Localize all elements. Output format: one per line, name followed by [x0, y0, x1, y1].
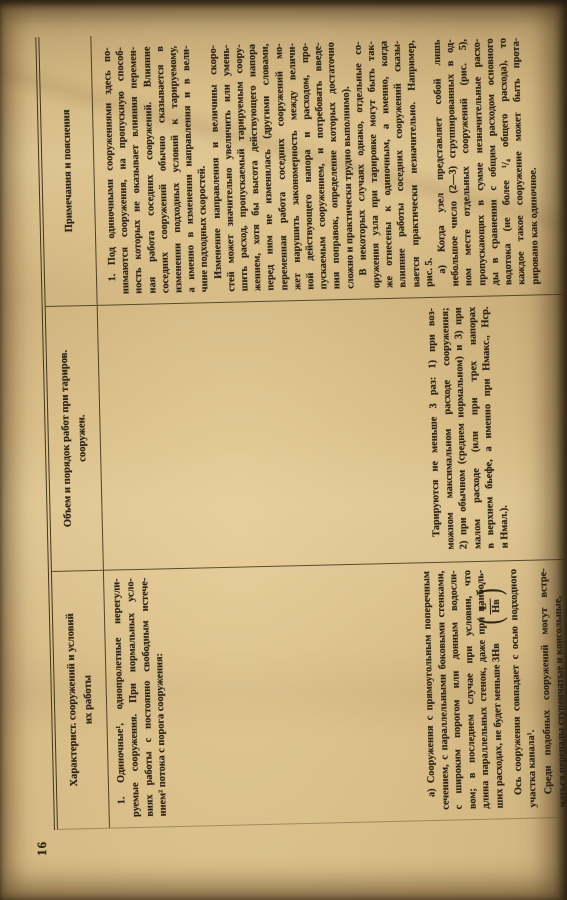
fraction-denominator: Нв [491, 599, 501, 613]
text-line: сооружен. [74, 414, 91, 462]
paragraph-procedure: Тарируются не меньше 3 раз: 1) при воз-м… [425, 306, 512, 550]
text-line: Примечания и пояснения [59, 109, 78, 232]
cell-tariration-procedure: Тарируются не меньше 3 раз: 1) при воз-м… [98, 293, 567, 569]
paragraph-axis-note: Ось сооружения совпадает с осью подходно… [507, 569, 540, 809]
cell-notes-explanations: 1. Под одиночными сооружениями здесь по-… [91, 25, 567, 305]
fraction-stack: L Нв [478, 598, 501, 615]
tariration-table: Характерист. сооружений и условийих рабо… [35, 25, 567, 830]
table-body-row: 1. Одиночные¹, однопролетные нерегули-ру… [91, 25, 567, 828]
paragraph-single-structures: 1. Одиночные¹, однопролетные нерегули-ру… [110, 577, 171, 817]
fraction-period: . [476, 582, 490, 585]
fraction-close-paren: ) [474, 588, 504, 596]
col-header-characteristics: Характерист. сооружений и условийих рабо… [52, 570, 109, 829]
col-header-work-scope: Объем и порядок работ при тариров.сооруж… [46, 305, 103, 571]
text-line: их работы [80, 675, 97, 724]
cell-structure-characteristics: 1. Одиночные¹, однопролетные нерегули-ру… [104, 558, 567, 827]
fraction-numerator: L [478, 603, 488, 610]
page-number: 16 [34, 841, 50, 856]
rotated-scan-wrapper: 16 Характерист. сооружений и условийих р… [0, 0, 567, 900]
col-header-notes: Примечания и пояснения [39, 36, 96, 306]
fraction-open-paren: ( [475, 617, 505, 625]
formula-l-over-hv: ( L Нв ) . [471, 582, 508, 627]
book-page-scan: 16 Характерист. сооружений и условийих р… [0, 0, 567, 900]
paragraph-drops-note: Среди подобных сооружений могут встре-ча… [537, 568, 567, 808]
